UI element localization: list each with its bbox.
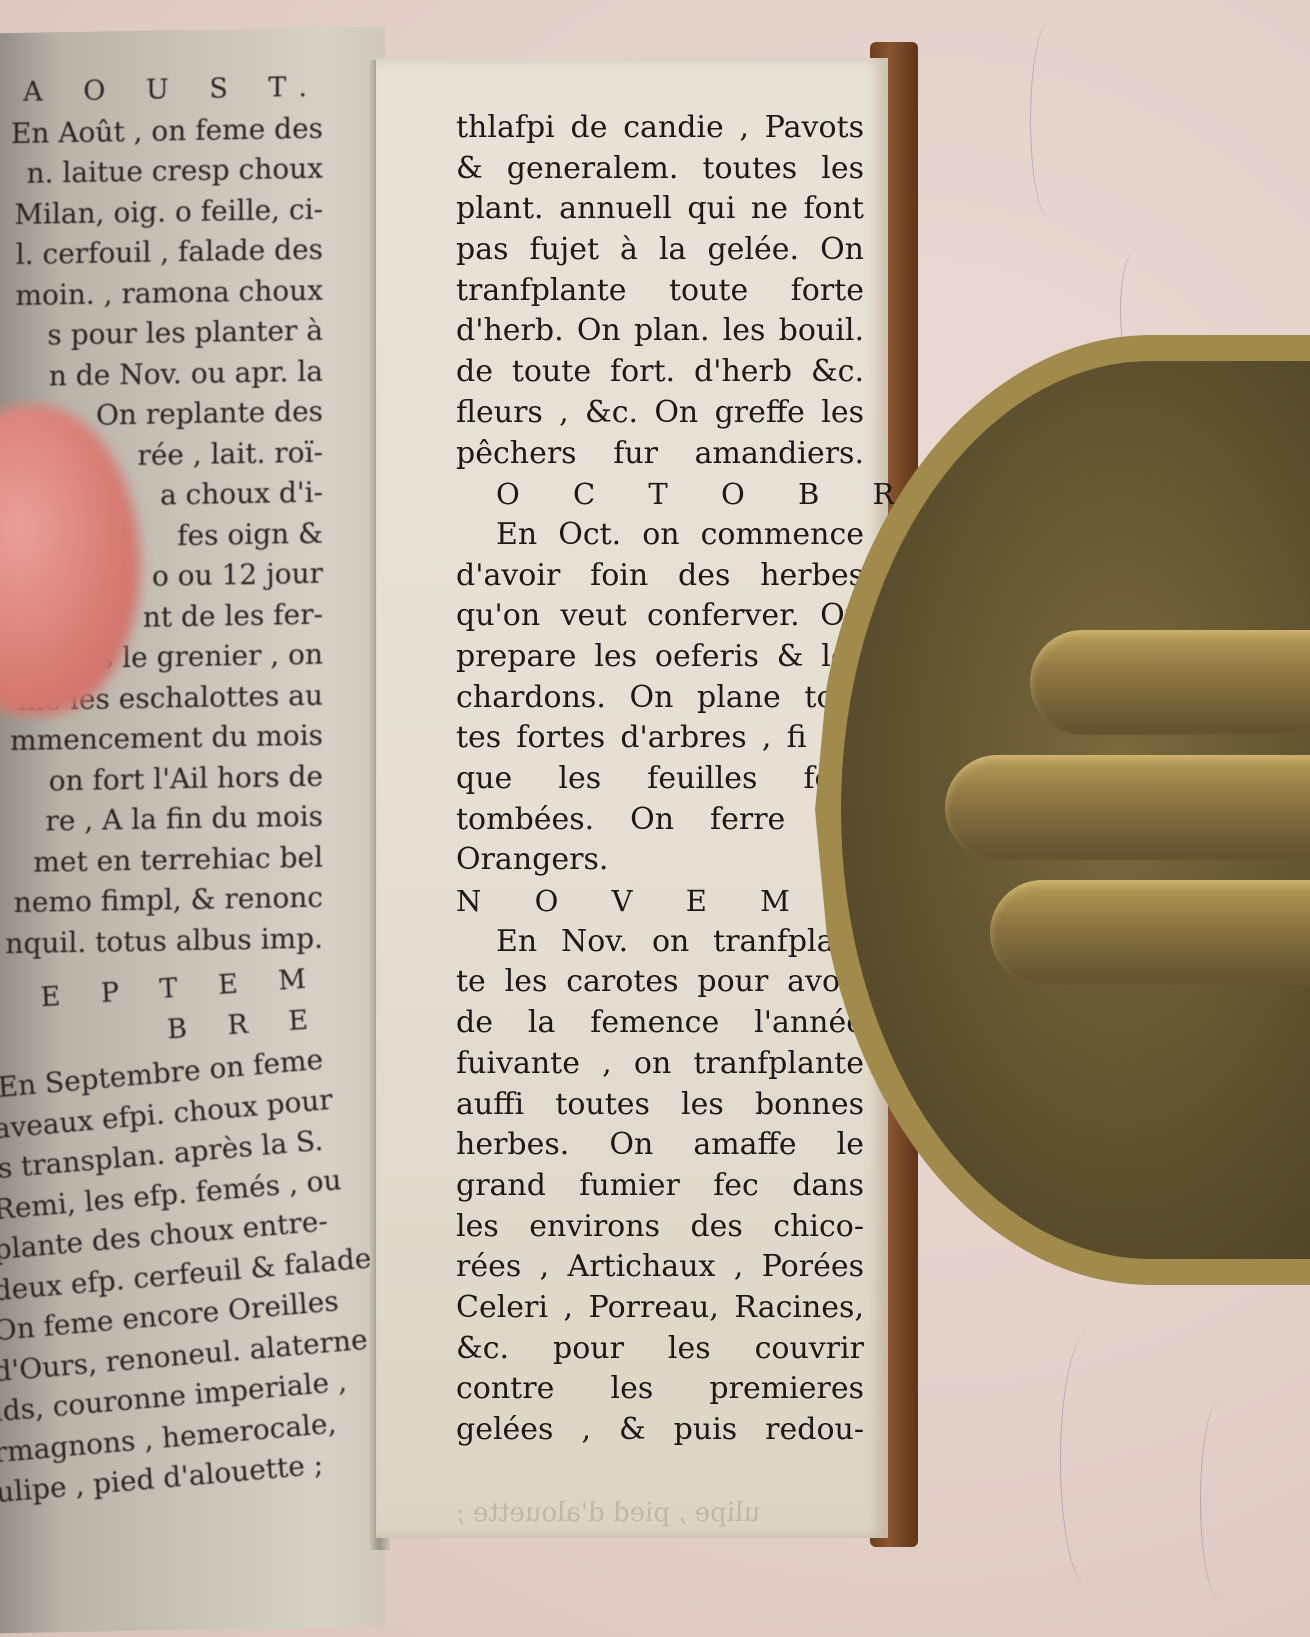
line: tombées. On ferre les [456,800,864,841]
line: &c. pour les couvrir [456,1329,864,1370]
line: nquil. totus albus imp. [0,918,323,964]
right-page-text: thlafpi de candie , Pavots & generalem. … [456,108,864,1451]
line: plant. annuell qui ne font [456,189,864,230]
line: te les carotes pour avoir [456,962,864,1003]
line: chardons. On plane tou- [456,678,864,719]
line: nemo fimpl, & renonc [0,878,323,924]
right-page: thlafpi de candie , Pavots & generalem. … [376,58,888,1538]
line: de la femence l'année [456,1003,864,1044]
line: met en terrehiac bel [0,837,323,883]
line: En Oct. on commence [456,515,864,556]
line: & generalem. toutes les [456,149,864,190]
line: que les feuilles font [456,759,864,800]
line: gelées , & puis redou- [456,1410,864,1451]
heading-aout: A O U S T. [0,68,323,114]
left-page: A O U S T. En Août , on feme des n. lait… [0,27,385,1634]
left-page-text: A O U S T. En Août , on feme des n. lait… [0,68,323,1491]
background-scribble [1200,1400,1241,1600]
line: grand fumier fec dans [456,1166,864,1207]
line: moin. , ramona choux [0,270,323,316]
line: tes fortes d'arbres , fi tôt [456,718,864,759]
brass-clip-finger [990,880,1310,985]
line: d'avoir foin des herbes [456,556,864,597]
line: on fort l'Ail hors de [0,756,323,802]
line: re , A la fin du mois [0,797,323,843]
background-scribble [1030,20,1071,220]
line: tranfplante toute forte [456,271,864,312]
line: de toute fort. d'herb &c. [456,352,864,393]
line: n de Nov. ou apr. la [0,351,323,397]
brass-clip-finger [945,755,1310,860]
line: fuivante , on tranfplante [456,1044,864,1085]
line: contre les premieres [456,1369,864,1410]
show-through-text: ulipe , pied d'alouette ; [456,1498,760,1528]
line: qu'on veut conferver. On [456,596,864,637]
heading-novembre: N O V E M B R E. [456,881,864,922]
line: herbes. On amaffe le [456,1125,864,1166]
line: les environs des chico- [456,1207,864,1248]
line: Milan, oig. o feille, ci- [0,189,323,235]
background-scribble [1060,1330,1121,1590]
heading-octobre: O C T O B R E. [456,474,864,515]
line: pas fujet à la gelée. On [456,230,864,271]
line: pêchers fur amandiers. [456,434,864,475]
line: auffi toutes les bonnes [456,1085,864,1126]
line: En Nov. on tranfplan- [456,922,864,963]
line: s pour les planter à [0,311,323,357]
line: mmencement du mois [0,716,323,762]
line: fleurs , &c. On greffe les [456,393,864,434]
line: n. laitue cresp choux [0,149,323,195]
line: Celeri , Porreau, Racines, [456,1288,864,1329]
brass-clip-finger [1030,630,1310,735]
line: rées , Artichaux , Porées [456,1247,864,1288]
line: En Août , on feme des [0,108,323,154]
line: thlafpi de candie , Pavots [456,108,864,149]
line: prepare les oeferis & les [456,637,864,678]
line: Orangers. [456,840,864,881]
line: l. cerfouil , falade des [0,230,323,276]
line: d'herb. On plan. les bouil. [456,311,864,352]
